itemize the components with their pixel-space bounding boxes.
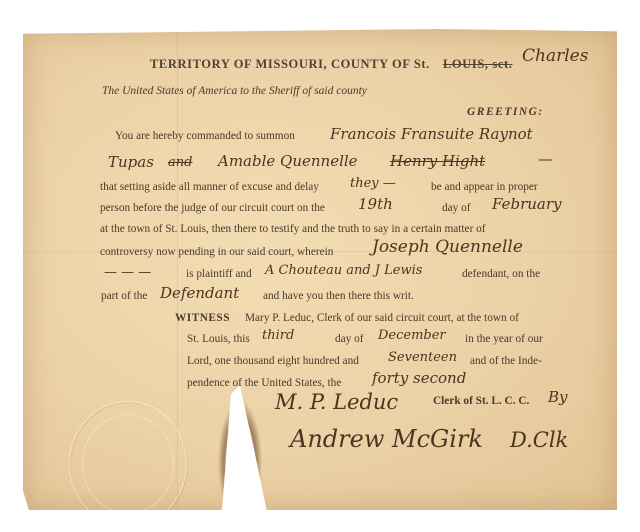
clerk-signature: M. P. Leduc: [275, 390, 398, 414]
greeting: GREETING:: [467, 106, 544, 118]
excuse-text: that setting aside all manner of excuse …: [100, 181, 319, 193]
defendant-text: defendant, on the: [462, 268, 540, 280]
witness-label: WITNESS: [175, 312, 230, 324]
struck-and: and: [168, 155, 192, 170]
united-states-text: pendence of the United States, the: [187, 377, 341, 389]
st-louis-this-text: St. Louis, this: [187, 333, 250, 345]
territory-title: TERRITORY OF MISSOURI, COUNTY OF St.: [150, 57, 430, 72]
issue-day: third: [262, 328, 294, 343]
summoned-name-2: Amable Quennelle: [218, 152, 358, 170]
county-handwritten: Charles: [522, 46, 588, 66]
independence-year: forty second: [372, 369, 466, 387]
appearance-month: February: [492, 195, 562, 213]
plaintiff-name: Joseph Quennelle: [372, 237, 523, 257]
lord-text: Lord, one thousand eight hundred and: [187, 355, 359, 367]
part-of-text: part of the: [101, 290, 147, 302]
judge-text: person before the judge of our circuit c…: [100, 202, 325, 214]
line-dash: —: [538, 150, 553, 168]
issue-year: Seventeen: [388, 350, 457, 365]
appear-text: be and appear in proper: [431, 181, 538, 193]
issue-month: December: [378, 328, 446, 343]
summon-text: You are hereby commanded to summon: [115, 130, 295, 142]
struck-name: Henry Hight: [390, 152, 485, 170]
party-handwritten: Defendant: [160, 284, 239, 302]
deputy-signature: Andrew McGirk: [290, 425, 483, 453]
by-handwritten: By: [548, 388, 568, 406]
summoned-name-1: Francois Fransuite Raynot: [330, 125, 533, 143]
witness-text: Mary P. Leduc, Clerk of our said circuit…: [245, 312, 519, 324]
summoned-name-1-cont: Tupas: [108, 153, 154, 171]
plaintiff-and-text: is plaintiff and: [186, 268, 252, 280]
ink-stain: [213, 387, 267, 512]
appearance-day: 19th: [358, 195, 393, 213]
plaintiff-dashes: — — —: [104, 265, 151, 280]
defendant-names: A Chouteau and J Lewis: [265, 263, 422, 278]
writ-text: and have you then there this writ.: [263, 290, 414, 302]
day-of-text-2: day of: [335, 333, 364, 345]
day-of-text: day of: [442, 202, 471, 214]
year-of-our-text: in the year of our: [465, 333, 543, 345]
independence-text: and of the Inde-: [470, 355, 542, 367]
testify-text: at the town of St. Louis, then there to …: [100, 223, 486, 235]
controversy-text: controversy now pending in our said cour…: [100, 246, 333, 258]
seal-inner-ring: [82, 414, 174, 514]
they-handwritten: they —: [350, 176, 396, 191]
clerk-title: Clerk of St. L. C. C.: [433, 395, 529, 407]
address-line: The United States of America to the Sher…: [102, 85, 367, 97]
struck-county-text: LOUIS, sct.: [443, 57, 512, 72]
embossed-seal-icon: [69, 401, 187, 527]
deputy-title: D.Clk: [510, 428, 568, 452]
